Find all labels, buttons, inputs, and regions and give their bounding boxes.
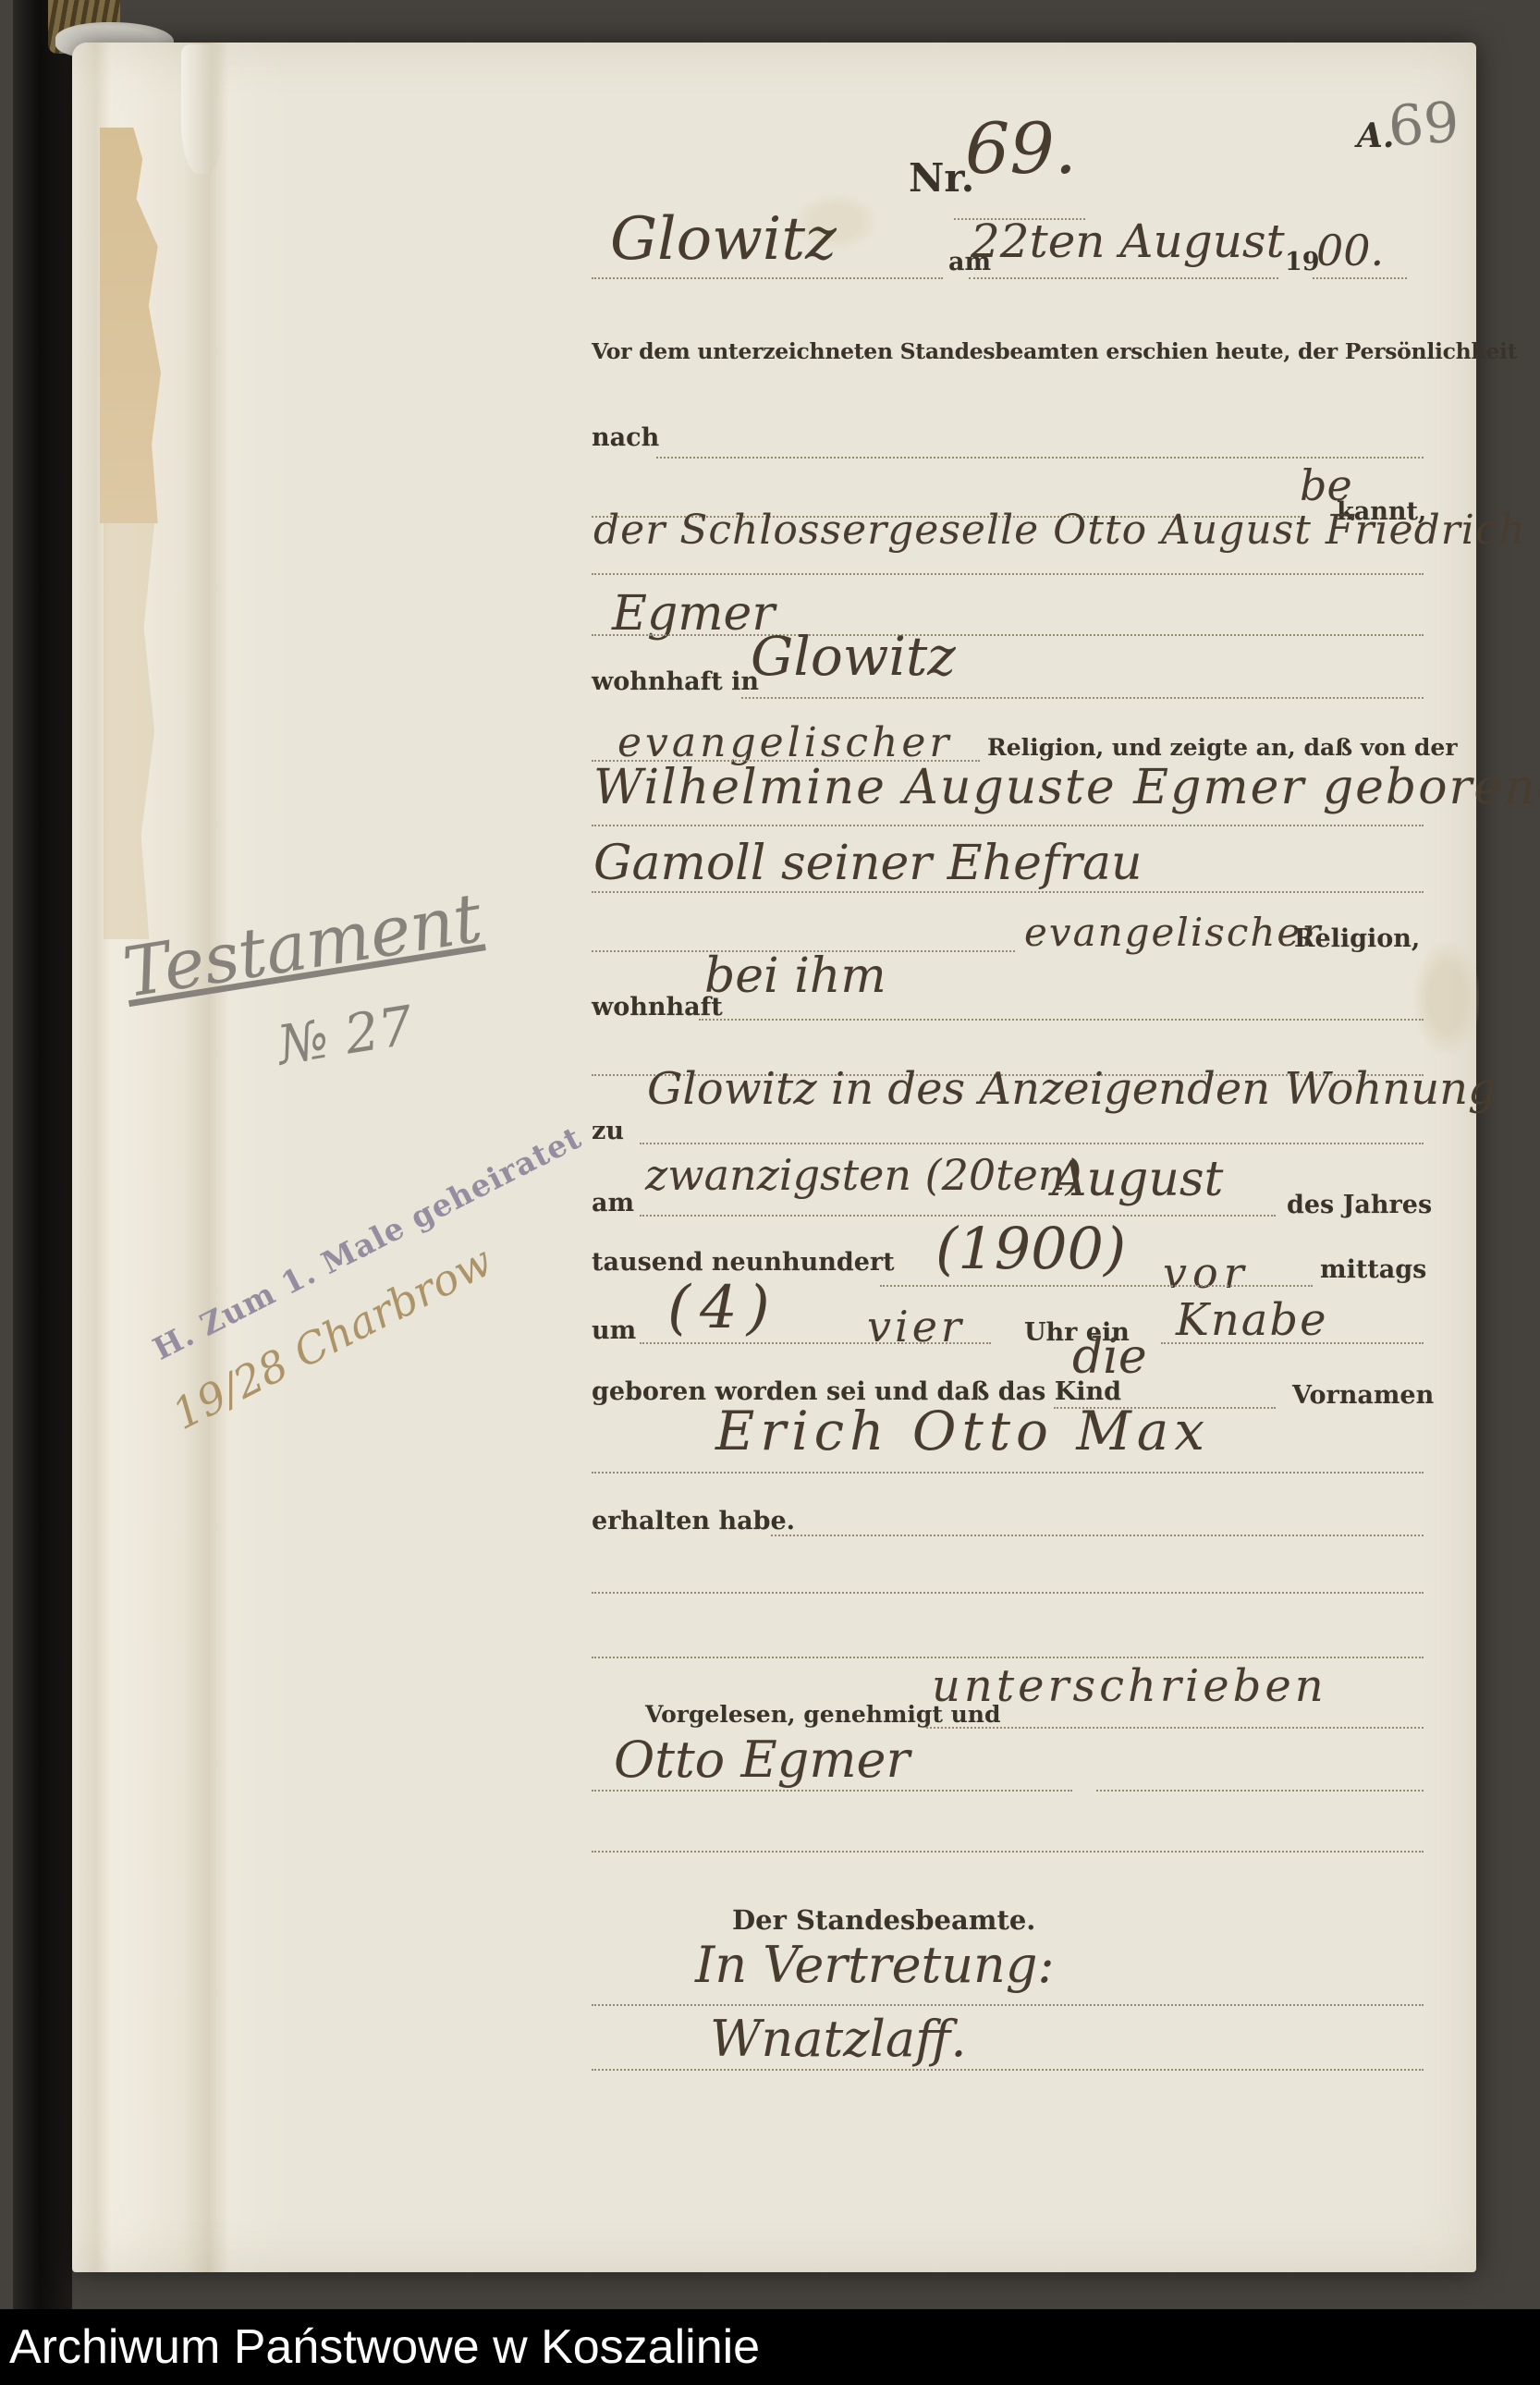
am2-label: am (592, 1189, 634, 1217)
vornamen-label: Vornamen (1292, 1381, 1434, 1410)
dotted-line (592, 2069, 1424, 2071)
dotted-line (592, 2004, 1424, 2006)
nach-label: nach (592, 423, 659, 452)
mother-residence: bei ihm (704, 948, 886, 1004)
dotted-line (1313, 277, 1407, 279)
religion2-entry: evangelischer (1024, 910, 1322, 955)
dotted-line (1161, 1342, 1424, 1344)
child-sex-entry: Knabe (1176, 1294, 1328, 1346)
dotted-line (640, 1342, 991, 1344)
religion2-label: Religion, (1294, 924, 1420, 953)
intro-line: Vor dem unterzeichneten Standesbeamten e… (592, 338, 1517, 364)
corner-pencil-number: 69 (1387, 90, 1461, 159)
dotted-line (741, 697, 1424, 699)
year2-entry: (1900) (935, 1215, 1126, 1282)
dotted-line (656, 457, 1424, 459)
dotted-line (592, 1592, 1424, 1594)
registrar-signature: Wnatzlaff. (710, 2010, 967, 2068)
birthplace-entry: Glowitz in des Anzeigenden Wohnung (647, 1063, 1497, 1115)
die-entry: die (1072, 1329, 1147, 1385)
dotted-line (771, 1535, 1424, 1536)
dotted-line (1096, 1790, 1424, 1792)
tausend-label: tausend neunhundert (592, 1248, 895, 1277)
registrar-title: Der Standesbeamte. (732, 1904, 1035, 1936)
dotted-line (592, 634, 1424, 636)
wohnhaft-label: wohnhaft (592, 993, 723, 1021)
month-entry: August (1052, 1152, 1223, 1207)
dotted-line (592, 1657, 1424, 1658)
dotted-line (592, 1790, 1072, 1792)
place-entry: Glowitz (610, 205, 837, 274)
dotted-line (592, 825, 1424, 826)
dotted-line (592, 891, 1424, 893)
dotted-line (592, 277, 943, 279)
dotted-line (969, 277, 1278, 279)
book-binding-strip (13, 0, 72, 2309)
dotted-line (592, 1472, 1424, 1474)
zu-label: zu (592, 1117, 624, 1145)
dotted-line (640, 1143, 1424, 1144)
closing-hand-entry: unterschrieben (932, 1660, 1327, 1712)
mother-line1: Wilhelmine Auguste Egmer geborene (593, 760, 1540, 815)
des-jahres-label: des Jahres (1287, 1191, 1432, 1219)
hour-entry: (4) (667, 1274, 779, 1342)
year-entry: 00. (1316, 226, 1384, 275)
scanned-register-photo: A. 69 Nr. 69. Glowitz am 22ten August 19… (0, 0, 1540, 2385)
dotted-line (592, 1851, 1424, 1853)
mittags-label: mittags (1320, 1255, 1426, 1284)
archive-caption-text: Archiwum Państwowe w Koszalinie (0, 2319, 760, 2375)
mother-line2: Gamoll seiner Ehefrau (593, 836, 1143, 891)
dotted-line (926, 1727, 1424, 1729)
erhalten-label: erhalten habe. (592, 1507, 795, 1535)
vor-entry: vor (1163, 1248, 1250, 1298)
religion1-label: Religion, und zeigte an, daß von der (987, 734, 1457, 761)
in-vertretung-entry: In Vertretung: (695, 1936, 1055, 1994)
um-label: um (592, 1316, 636, 1345)
dotted-line (880, 1285, 1313, 1287)
page-corner-curl (181, 44, 224, 174)
birthday-entry: zwanzigsten (20ten) (645, 1150, 1082, 1200)
dotted-line (592, 573, 1424, 575)
foxing-stain (1414, 943, 1479, 1054)
nr-value: 69. (965, 107, 1077, 190)
declarant-line1: der Schlossergeselle Otto August Friedri… (593, 507, 1526, 554)
child-names-entry: Erich Otto Max (715, 1400, 1210, 1462)
archive-caption-bar: Archiwum Państwowe w Koszalinie (0, 2309, 1540, 2385)
declarant-residence: Glowitz (751, 625, 956, 688)
year-printed: 19 (1285, 248, 1320, 276)
wohnhaft-in-label: wohnhaft in (592, 667, 759, 696)
dotted-line (699, 1019, 1424, 1021)
declarant-signature: Otto Egmer (614, 1731, 910, 1789)
date-entry: 22ten August (971, 214, 1285, 268)
